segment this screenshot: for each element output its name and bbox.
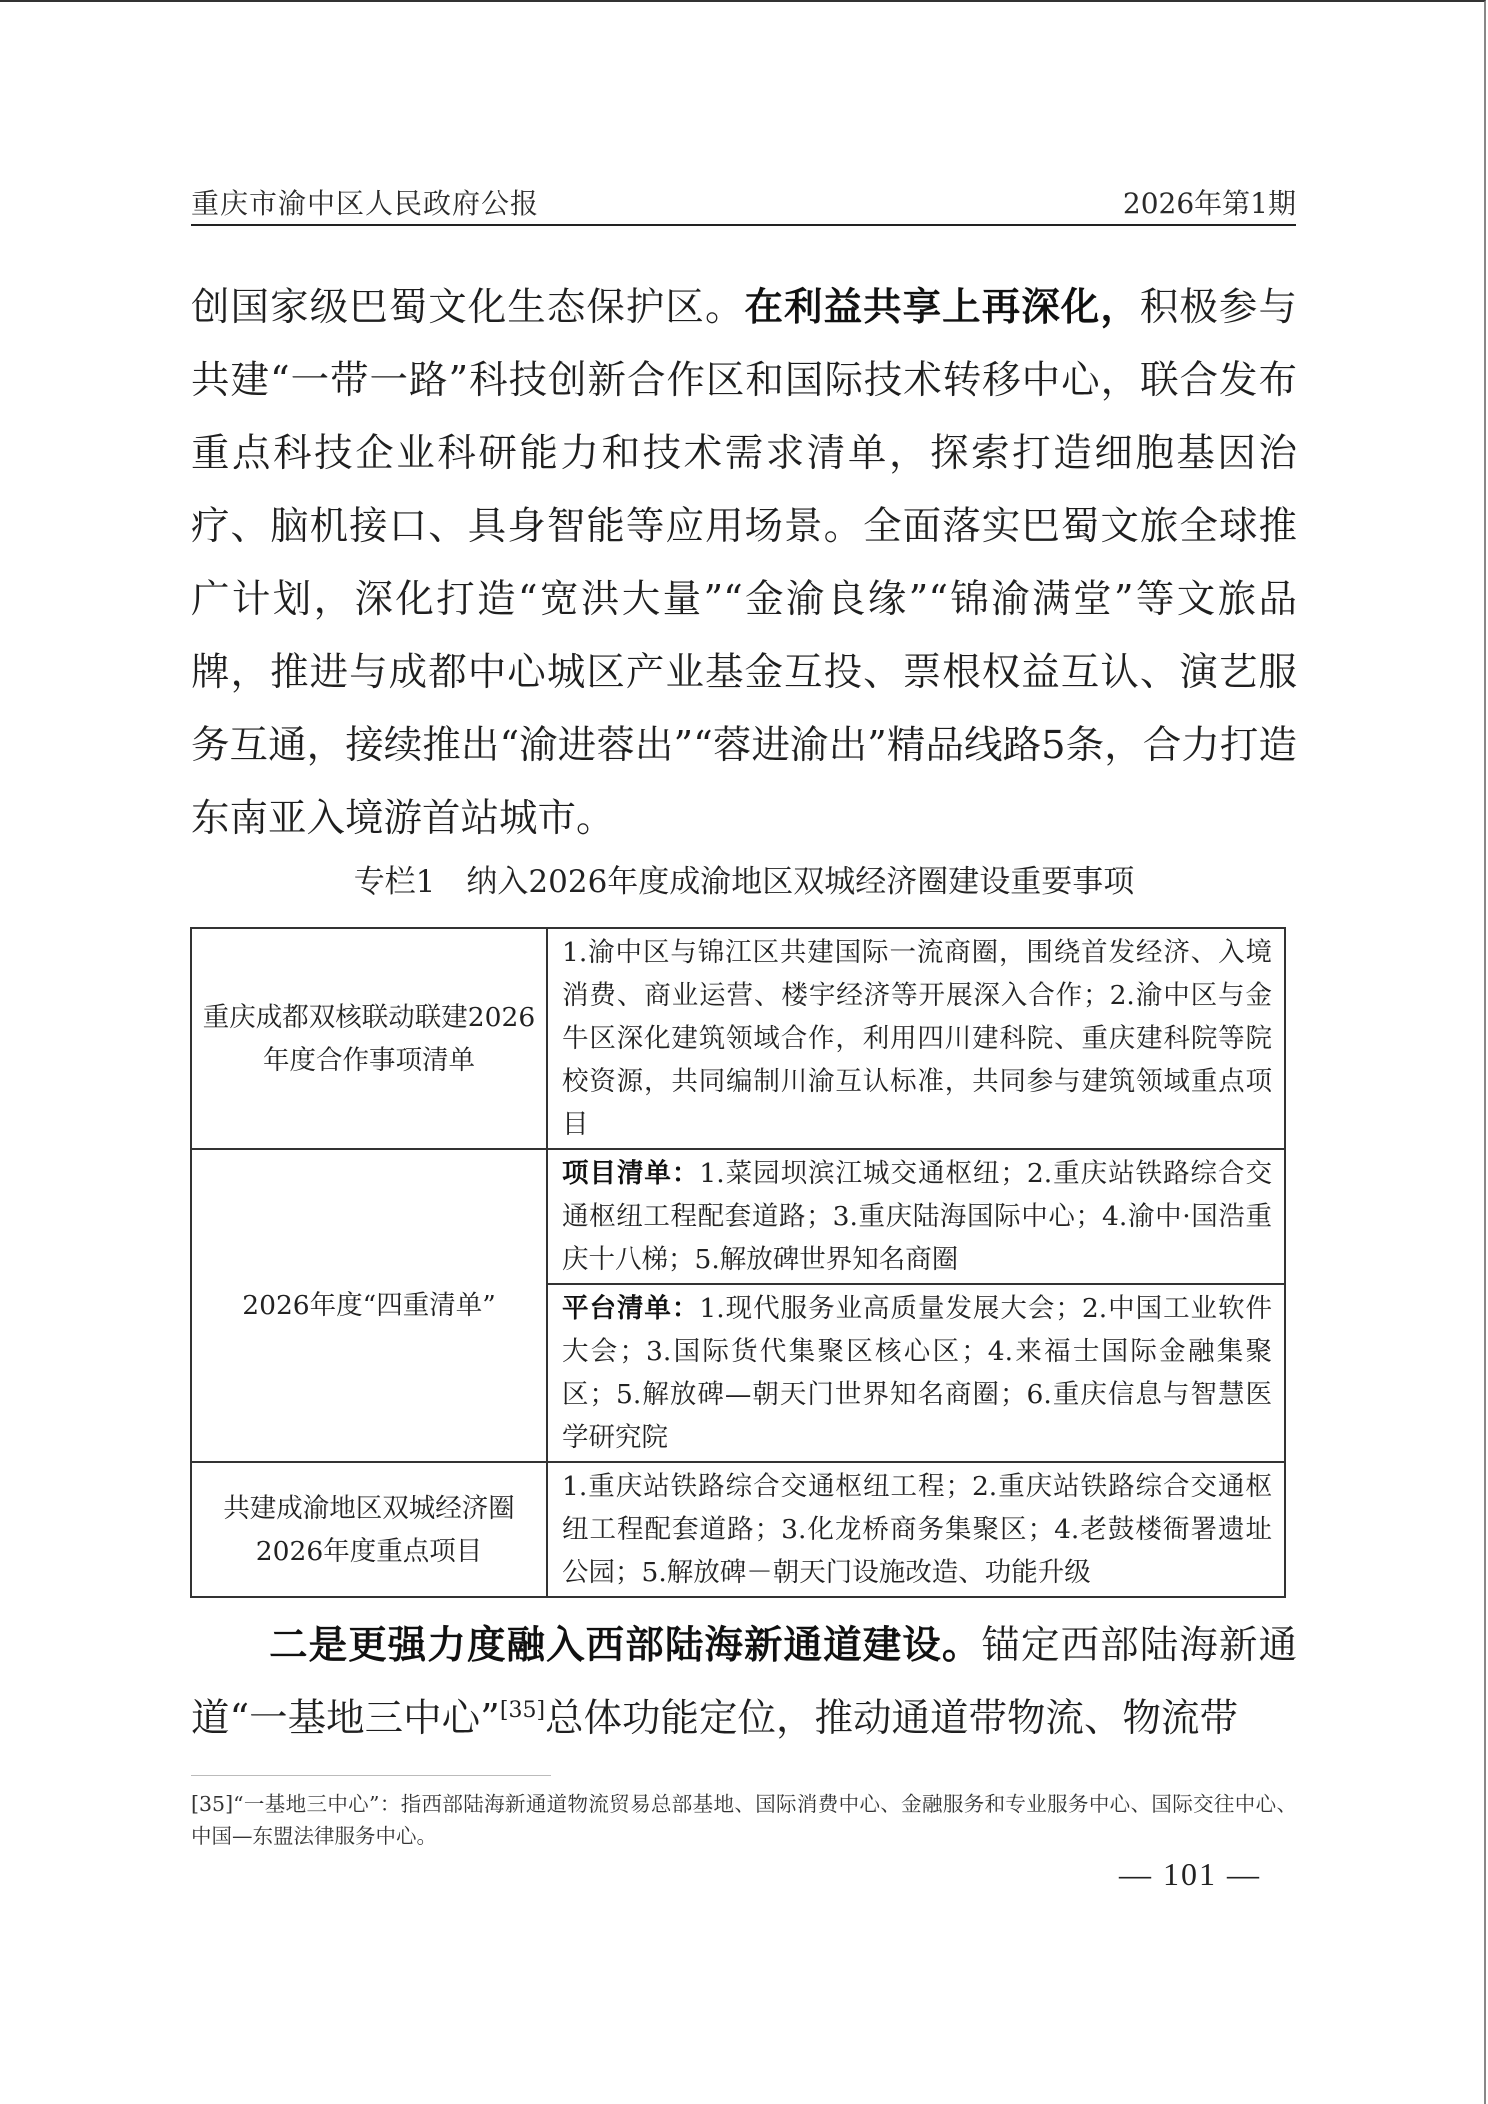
footnote: [35]“一基地三中心”：指西部陆海新通道物流贸易总部基地、国际消费中心、金融服… (191, 1788, 1297, 1852)
issue-number: 2026年第1期 (1123, 182, 1296, 222)
page-number: — 101 — (1100, 1856, 1280, 1893)
table-row: 2026年度“四重清单” 项目清单：1.菜园坝滨江城交通枢纽；2.重庆站铁路综合… (191, 1149, 1285, 1284)
row-content: 平台清单：1.现代服务业高质量发展大会；2.中国工业软件大会；3.国际货代集聚区… (547, 1284, 1285, 1462)
cell-heading: 平台清单： (562, 1293, 699, 1324)
box-caption: 专栏1 纳入2026年度成渝地区双城经济圈建设重要事项 (191, 856, 1297, 901)
running-header: 重庆市渝中区人民政府公报 2026年第1期 (191, 180, 1296, 226)
paragraph-bold-lead: 二是更强力度融入西部陆海新通道建设。 (268, 1623, 981, 1668)
footnote-divider (191, 1775, 551, 1776)
paragraph-bold-lead: 在利益共享上再深化， (745, 285, 1140, 330)
table-row: 重庆成都双核联动联建2026年度合作事项清单 1.渝中区与锦江区共建国际一流商圈… (191, 928, 1285, 1149)
paragraph-segment: 积极参与共建“一带一路”科技创新合作区和国际技术转移中心，联合发布重点科技企业科… (191, 285, 1297, 841)
cell-text: 1.重庆站铁路综合交通枢纽工程；2.重庆站铁路综合交通枢纽工程配套道路；3.化龙… (562, 1471, 1272, 1588)
row-content: 1.渝中区与锦江区共建国际一流商圈，围绕首发经济、入境消费、商业运营、楼宇经济等… (547, 928, 1285, 1149)
row-label: 2026年度“四重清单” (191, 1149, 547, 1462)
publication-title: 重庆市渝中区人民政府公报 (191, 182, 539, 222)
body-paragraph-1: 创国家级巴蜀文化生态保护区。在利益共享上再深化，积极参与共建“一带一路”科技创新… (191, 271, 1297, 855)
table-row: 共建成渝地区双城经济圈2026年度重点项目 1.重庆站铁路综合交通枢纽工程；2.… (191, 1462, 1285, 1597)
feature-box-table: 重庆成都双核联动联建2026年度合作事项清单 1.渝中区与锦江区共建国际一流商圈… (190, 927, 1286, 1598)
paragraph-segment: 创国家级巴蜀文化生态保护区。 (191, 285, 745, 330)
footnote-reference-link[interactable]: [35] (500, 1698, 545, 1723)
cell-text: 1.渝中区与锦江区共建国际一流商圈，围绕首发经济、入境消费、商业运营、楼宇经济等… (562, 937, 1272, 1140)
row-content: 项目清单：1.菜园坝滨江城交通枢纽；2.重庆站铁路综合交通枢纽工程配套道路；3.… (547, 1149, 1285, 1284)
paragraph-segment: 总体功能定位，推动通道带物流、物流带 (545, 1696, 1238, 1741)
cell-heading: 项目清单： (562, 1158, 699, 1189)
body-paragraph-2: 二是更强力度融入西部陆海新通道建设。锚定西部陆海新通道“一基地三中心”[35]总… (191, 1609, 1297, 1755)
row-label: 共建成渝地区双城经济圈2026年度重点项目 (191, 1462, 547, 1597)
row-label: 重庆成都双核联动联建2026年度合作事项清单 (191, 928, 547, 1149)
row-content: 1.重庆站铁路综合交通枢纽工程；2.重庆站铁路综合交通枢纽工程配套道路；3.化龙… (547, 1462, 1285, 1597)
